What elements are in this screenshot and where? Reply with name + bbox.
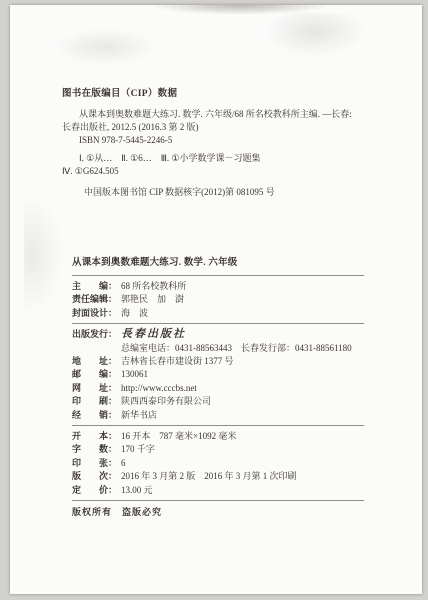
colophon-group-editors: 主 编： 68 所名校教科所 责任编辑： 郭艳民 加 澍 封面设计： 海 波: [72, 276, 364, 323]
colophon-row: 印 刷： 陕西西泰印务有限公司: [72, 395, 364, 408]
row-value: 郭艳民 加 澍: [121, 293, 364, 306]
colophon-row: 网 址： http://www.cccbs.net: [72, 382, 364, 395]
copyright-page: 图书在版编目（CIP）数据 从课本到奥数难题大练习. 数学. 六年级/68 所名…: [10, 5, 422, 594]
cip-block: 图书在版编目（CIP）数据 从课本到奥数难题大练习. 数学. 六年级/68 所名…: [62, 87, 394, 199]
scan-background: 图书在版编目（CIP）数据 从课本到奥数难题大练习. 数学. 六年级/68 所名…: [0, 0, 428, 600]
row-label: 网 址：: [72, 382, 121, 395]
row-label: 开 本：: [72, 430, 121, 443]
colophon-row: 邮 编： 130061: [72, 368, 364, 381]
colophon-row: 版 次： 2016 年 3 月第 2 版 2016 年 3 月第 1 次印刷: [72, 470, 364, 483]
row-label: 地 址：: [72, 355, 121, 368]
colophon-group-printing: 开 本： 16 开本 787 毫米×1092 毫米 字 数： 170 千字 印 …: [72, 425, 364, 500]
colophon-row: 封面设计： 海 波: [72, 307, 364, 320]
row-value: 130061: [121, 368, 364, 381]
row-value: http://www.cccbs.net: [121, 382, 364, 395]
row-value: 170 千字: [121, 443, 364, 456]
copyright-notice: 版权所有 盗版必究: [72, 500, 364, 519]
colophon-group-publisher: 出版发行： 長春出版社 总编室电话：0431-88563443 长春发行部：04…: [72, 323, 364, 425]
scan-artifact: [50, 27, 160, 67]
row-value: 68 所名校教科所: [121, 280, 364, 293]
cip-entry-line: 从课本到奥数难题大练习. 数学. 六年级/68 所名校教科所主编. —长春:: [62, 108, 394, 121]
row-value: 新华书店: [121, 409, 364, 422]
publisher-contact-line: 总编室电话：0431-88563443 长春发行部：0431-88561180: [72, 342, 364, 355]
cip-classification-line: Ⅰ. ①从… Ⅱ. ①6… Ⅲ. ①小学数学课－习题集: [62, 152, 394, 165]
colophon-row: 印 张： 6: [72, 457, 364, 470]
colophon-row: 开 本： 16 开本 787 毫米×1092 毫米: [72, 430, 364, 443]
colophon-row: 地 址： 吉林省长春市建设街 1377 号: [72, 355, 364, 368]
row-label: 字 数：: [72, 443, 121, 456]
row-label: 出版发行：: [72, 328, 121, 341]
row-label: 邮 编：: [72, 368, 121, 381]
scan-artifact: [260, 13, 370, 59]
row-label: 主 编：: [72, 280, 121, 293]
row-label: 责任编辑：: [72, 293, 121, 306]
row-value: 吉林省长春市建设街 1377 号: [121, 355, 364, 368]
row-value: 2016 年 3 月第 2 版 2016 年 3 月第 1 次印刷: [121, 470, 364, 483]
scan-artifact: [150, 5, 330, 15]
colophon-row: 责任编辑： 郭艳民 加 澍: [72, 293, 364, 306]
colophon-block: 从课本到奥数难题大练习. 数学. 六年级 主 编： 68 所名校教科所 责任编辑…: [72, 257, 364, 520]
row-label: 封面设计：: [72, 307, 121, 320]
colophon-row: 出版发行： 長春出版社: [72, 328, 364, 341]
row-label: 印 张：: [72, 457, 121, 470]
row-label: 版 次：: [72, 470, 121, 483]
publisher-script-logo: 長春出版社: [121, 328, 364, 341]
cip-entry-line: 长春出版社, 2012.5 (2016.3 第 2 版): [62, 121, 394, 134]
scan-artifact: [24, 195, 64, 315]
row-label: 印 刷：: [72, 395, 121, 408]
row-value: 6: [121, 457, 364, 470]
colophon-row: 经 销： 新华书店: [72, 409, 364, 422]
row-label: 经 销：: [72, 409, 121, 422]
book-title: 从课本到奥数难题大练习. 数学. 六年级: [72, 257, 364, 276]
cip-isbn-line: ISBN 978-7-5445-2246-5: [62, 134, 394, 147]
row-value: 16 开本 787 毫米×1092 毫米: [121, 430, 364, 443]
colophon-row: 主 编： 68 所名校教科所: [72, 280, 364, 293]
colophon-row: 字 数： 170 千字: [72, 443, 364, 456]
colophon-row: 定 价： 13.00 元: [72, 484, 364, 497]
row-value: 海 波: [121, 307, 364, 320]
cip-classification-line: Ⅳ. ①G624.505: [62, 165, 394, 178]
row-value: 陕西西泰印务有限公司: [121, 395, 364, 408]
cip-heading: 图书在版编目（CIP）数据: [62, 87, 394, 101]
row-value: 13.00 元: [121, 484, 364, 497]
row-label: 定 价：: [72, 484, 121, 497]
cip-record-number: 中国版本图书馆 CIP 数据核字(2012)第 081095 号: [62, 186, 394, 199]
